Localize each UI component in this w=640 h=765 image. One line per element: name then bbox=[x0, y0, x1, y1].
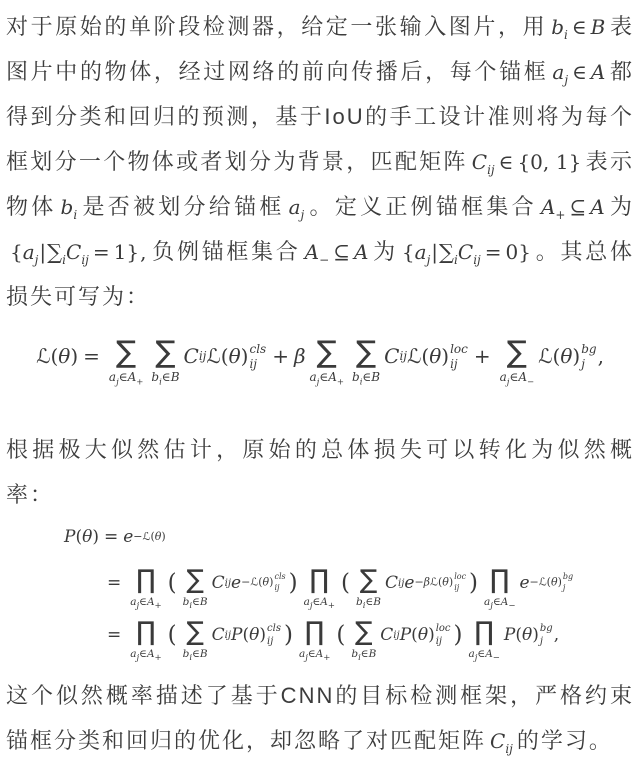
superscript-loc-subscript-ij: locij bbox=[454, 573, 466, 592]
math-token-theta: θ bbox=[522, 625, 532, 645]
math-token-ij: ij bbox=[505, 742, 513, 756]
math-token-eq: = bbox=[99, 527, 123, 547]
inline-math-positive-set: {aj|∑iCij=1}, bbox=[10, 240, 147, 264]
text-run: 锚框分类和回归的优化，却忽略了对匹配矩阵 bbox=[6, 728, 486, 753]
text-run: 这个似然概率描述了基于CNN的目标检测框架，严格约束了 bbox=[6, 683, 634, 718]
paragraph-conclusion: 这个似然概率描述了基于CNN的目标检测框架，严格约束了 锚框分类和回归的优化，却… bbox=[6, 673, 634, 763]
math-token-theta: θ bbox=[82, 527, 92, 547]
math-token-rp: ) bbox=[269, 575, 273, 588]
math-token-eq: = bbox=[78, 344, 105, 368]
math-token-elem: ∈ bbox=[319, 370, 328, 384]
math-token-a: a bbox=[500, 370, 507, 384]
sigma-glyph: ∑ bbox=[356, 339, 376, 368]
math-token-loc: loc bbox=[454, 573, 466, 581]
math-token-j: j bbox=[540, 637, 543, 647]
sigma-glyph: ∑ bbox=[507, 339, 527, 368]
math-token-B: B bbox=[371, 370, 380, 384]
formula-overall-loss: ℒ(θ) = ∑aj∈A+ ∑bi∈B Cijℒ(θ)clsij + β ∑aj… bbox=[6, 325, 634, 387]
sum-limit-bi-B: bi∈B bbox=[183, 649, 208, 663]
math-token-a: a bbox=[310, 370, 317, 384]
exponent-neg-loss: −ℒ(θ) bbox=[133, 530, 165, 543]
sigma-glyph: ∑ bbox=[355, 620, 373, 645]
product-limit-aj-Aplus: aj∈A+ bbox=[130, 597, 161, 611]
sum-limit-bi-B: bi∈B bbox=[183, 597, 208, 611]
sum-operator: ∑bi∈B bbox=[183, 620, 208, 662]
inline-math-Cij: Cij bbox=[490, 729, 513, 753]
math-token-C: C bbox=[458, 240, 473, 264]
left-paren: ( bbox=[166, 570, 179, 596]
math-token-A: A bbox=[328, 370, 337, 384]
right-paren: ) bbox=[287, 570, 300, 596]
sum-operator: ∑aj∈A+ bbox=[310, 339, 344, 387]
text-line: 锚框分类和回归的优化，却忽略了对匹配矩阵Cij的学习。 bbox=[6, 718, 634, 763]
document-page: 对于原始的单阶段检测器，给定一张输入图片，用bi∈B表示 图片中的物体，经过网络… bbox=[0, 0, 640, 763]
math-token-a: a bbox=[109, 370, 116, 384]
text-run: 负例锚框集合 bbox=[151, 239, 300, 264]
math-token-eq: = bbox=[481, 240, 506, 264]
math-token-ij: ij bbox=[199, 349, 207, 363]
formula-likelihood: P(θ) = e−ℒ(θ) = ∏aj∈A+ ( ∑bi∈B Cije−ℒ(θ)… bbox=[64, 519, 634, 659]
math-token-P: P bbox=[64, 527, 75, 547]
text-line: 根据极大似然估计，原始的总体损失可以转化为似然概 bbox=[6, 427, 634, 472]
text-run: 率： bbox=[6, 482, 54, 507]
right-paren: ) bbox=[467, 570, 480, 596]
sum-operator: ∑bi∈B bbox=[183, 568, 208, 610]
math-token-rp: ) bbox=[92, 527, 99, 547]
paragraph-likelihood-intro: 根据极大似然估计，原始的总体损失可以转化为似然概 率： bbox=[6, 427, 634, 517]
left-paren: ( bbox=[334, 622, 347, 648]
math-token-B: B bbox=[200, 648, 208, 660]
sum-limit-bi-B: bi∈B bbox=[356, 597, 381, 611]
product-limit-aj-Aplus: aj∈A+ bbox=[304, 597, 335, 611]
text-run: 。定义正例锚框集合 bbox=[308, 194, 537, 219]
math-token-lb: { bbox=[10, 240, 23, 264]
exponent-neg-beta-loc-loss: −βℒ(θ)locij bbox=[414, 573, 467, 592]
math-token-L: ℒ bbox=[539, 575, 547, 588]
math-token-theta: θ bbox=[442, 575, 449, 588]
math-token-C: C bbox=[184, 344, 199, 368]
superscript-cls-subscript-ij: clsij bbox=[274, 573, 285, 592]
math-token-ij: ij bbox=[473, 253, 481, 267]
math-token-plus: + bbox=[555, 208, 565, 222]
math-token-eq: = bbox=[89, 240, 114, 264]
math-token-bg: bg bbox=[581, 343, 596, 355]
product-limit-aj-Aplus: aj∈A+ bbox=[130, 649, 161, 663]
math-token-ij: ij bbox=[399, 349, 407, 363]
math-token-A: A bbox=[485, 648, 493, 660]
inline-math-negative-set: {aj|∑iCij=0} bbox=[402, 240, 531, 264]
math-token-A: A bbox=[147, 648, 155, 660]
superscript-bg-subscript-j: bgj bbox=[540, 624, 553, 647]
math-token-plus: + bbox=[469, 344, 496, 368]
math-token-L: ℒ bbox=[430, 575, 438, 588]
math-token-ij: ij bbox=[450, 358, 458, 370]
math-token-elem: ∈ bbox=[568, 60, 591, 84]
math-token-plus: + bbox=[155, 653, 162, 663]
math-token-b: b bbox=[61, 195, 74, 219]
sigma-glyph: ∑ bbox=[155, 339, 175, 368]
math-token-e: e bbox=[123, 527, 133, 547]
math-token-rb: } bbox=[569, 150, 582, 174]
math-token-C: C bbox=[66, 240, 81, 264]
sum-operator: ∑bi∈B bbox=[352, 339, 380, 387]
left-paren: ( bbox=[166, 622, 179, 648]
math-token-b: b bbox=[551, 15, 564, 39]
math-token-j: j bbox=[301, 208, 305, 222]
math-token-elem: ∈ bbox=[361, 648, 369, 660]
math-token-ij: ij bbox=[267, 637, 273, 647]
product-operator: ∏aj∈A− bbox=[469, 620, 500, 662]
math-token-minus: − bbox=[527, 378, 534, 388]
math-token-elem: ∈ bbox=[192, 648, 200, 660]
product-limit-aj-Aplus: aj∈A+ bbox=[299, 649, 330, 663]
math-token-elem: ∈ bbox=[119, 370, 128, 384]
math-token-loc: loc bbox=[450, 343, 468, 355]
math-token-eq: = bbox=[102, 573, 126, 593]
math-token-A: A bbox=[590, 195, 604, 219]
math-token-rp: ) bbox=[70, 344, 78, 368]
math-token-theta: θ bbox=[429, 344, 441, 368]
text-run: 为 bbox=[609, 194, 634, 219]
superscript-cls-subscript-ij: clsij bbox=[267, 624, 281, 647]
sum-limit-aj-Aplus: aj∈A+ bbox=[109, 371, 143, 387]
text-line: 框划分一个物体或者划分为背景，匹配矩阵Cij∈{0, 1}表示 bbox=[6, 139, 634, 184]
sum-limit-aj-Aminus: aj∈A− bbox=[500, 371, 534, 387]
math-token-C: C bbox=[212, 625, 225, 645]
math-token-lb: { bbox=[402, 240, 415, 264]
math-token-lp: ( bbox=[421, 344, 429, 368]
inline-math-Aminus-subset-A: A−⊆A bbox=[305, 240, 369, 264]
text-line: 损失可写为： bbox=[6, 274, 634, 319]
math-token-plus: + bbox=[337, 378, 344, 388]
math-token-minus: − bbox=[241, 575, 250, 588]
math-token-rp: ) bbox=[161, 530, 165, 543]
math-token-elem: ∈ bbox=[362, 370, 371, 384]
math-token-e: e bbox=[231, 573, 241, 593]
sigma-glyph: ∑ bbox=[186, 568, 204, 593]
sum-operator: ∑bi∈B bbox=[351, 620, 376, 662]
sum-limit-aj-Aplus: aj∈A+ bbox=[310, 371, 344, 387]
math-token-rp: ) bbox=[428, 625, 435, 645]
math-token-subset: ⊆ bbox=[329, 240, 354, 264]
math-token-eq: = bbox=[102, 625, 126, 645]
math-token-ij: ij bbox=[487, 163, 495, 177]
math-token-cls: cls bbox=[267, 624, 281, 634]
text-line: 物体bi是否被划分给锚框aj。定义正例锚框集合A+⊆A为 bbox=[6, 184, 634, 229]
math-token-rp: ) bbox=[241, 344, 249, 368]
pi-glyph: ∏ bbox=[136, 620, 156, 645]
math-token-bg: bg bbox=[540, 624, 553, 634]
math-token-C: C bbox=[380, 625, 393, 645]
math-token-L: ℒ bbox=[538, 344, 552, 368]
math-token-A: A bbox=[305, 240, 319, 264]
math-token-C: C bbox=[212, 573, 225, 593]
math-token-a: a bbox=[415, 240, 427, 264]
formula-line-1: P(θ) = e−ℒ(θ) bbox=[64, 519, 634, 555]
sum-operator: ∑aj∈A+ bbox=[109, 339, 143, 387]
math-token-A: A bbox=[354, 240, 368, 264]
math-token-elem: ∈ bbox=[568, 15, 591, 39]
pi-glyph: ∏ bbox=[305, 620, 325, 645]
sum-operator: ∑aj∈A− bbox=[500, 339, 534, 387]
math-token-rp: ) bbox=[572, 344, 580, 368]
math-token-minus: − bbox=[508, 601, 515, 611]
paragraph-detector-setup: 对于原始的单阶段检测器，给定一张输入图片，用bi∈B表示 图片中的物体，经过网络… bbox=[6, 4, 634, 319]
product-operator: ∏aj∈A+ bbox=[304, 568, 335, 610]
pi-glyph: ∏ bbox=[490, 568, 510, 593]
left-paren: ( bbox=[339, 570, 352, 596]
math-token-B: B bbox=[373, 596, 381, 608]
math-token-elem: ∈ bbox=[509, 370, 518, 384]
math-token-theta: θ bbox=[229, 344, 241, 368]
math-token-pipe: | bbox=[38, 240, 47, 264]
math-token-rp: ) bbox=[532, 625, 539, 645]
math-token-rp: ) bbox=[441, 344, 449, 368]
math-token-ij: ij bbox=[454, 584, 459, 592]
text-run: 图片中的物体，经过网络的前向传播后，每个锚框 bbox=[6, 59, 548, 84]
math-token-e: e bbox=[404, 573, 414, 593]
product-limit-aj-Aminus: aj∈A− bbox=[484, 597, 515, 611]
math-token-L: ℒ bbox=[206, 344, 220, 368]
math-token-subset: ⊆ bbox=[565, 195, 590, 219]
math-token-rp: ) bbox=[449, 575, 453, 588]
product-operator: ∏aj∈A+ bbox=[130, 568, 161, 610]
text-line: 对于原始的单阶段检测器，给定一张输入图片，用bi∈B表示 bbox=[6, 4, 634, 49]
math-token-P: P bbox=[231, 625, 242, 645]
text-run: 框划分一个物体或者划分为背景，匹配矩阵 bbox=[6, 149, 468, 174]
sum-limit-bi-B: bi∈B bbox=[151, 371, 179, 387]
math-token-sum: ∑ bbox=[439, 240, 454, 264]
math-token-loc: loc bbox=[436, 624, 451, 634]
math-token-elem: ∈ bbox=[139, 596, 147, 608]
inline-math-Aplus-subset-A: A+⊆A bbox=[541, 195, 605, 219]
math-token-theta: θ bbox=[551, 575, 558, 588]
text-line: 得到分类和回归的预测，基于IoU的手工设计准则将为每个锚 bbox=[6, 94, 634, 139]
text-line: {aj|∑iCij=1},负例锚框集合A−⊆A为{aj|∑iCij=0}。其总体 bbox=[6, 229, 634, 274]
math-token-P: P bbox=[400, 625, 411, 645]
math-token-i: i bbox=[73, 208, 77, 222]
math-token-C: C bbox=[385, 573, 398, 593]
math-token-C: C bbox=[472, 150, 487, 174]
math-token-theta: θ bbox=[58, 344, 70, 368]
math-token-ij: ij bbox=[81, 253, 89, 267]
text-run: 表示 bbox=[585, 149, 634, 174]
exponent-neg-bg-loss: −ℒ(θ)bgj bbox=[530, 573, 575, 592]
sigma-glyph: ∑ bbox=[317, 339, 337, 368]
math-token-elem: ∈ bbox=[139, 648, 147, 660]
sum-limit-bi-B: bi∈B bbox=[351, 649, 376, 663]
math-token-lp: ( bbox=[50, 344, 58, 368]
math-token-B: B bbox=[369, 648, 377, 660]
math-token-a: a bbox=[552, 60, 564, 84]
math-token-j: j bbox=[581, 358, 585, 370]
math-token-cls: cls bbox=[249, 343, 266, 355]
math-token-rb: } bbox=[518, 240, 531, 264]
math-token-b: b bbox=[151, 370, 159, 384]
math-token-elem: ∈ bbox=[495, 150, 518, 174]
math-token-a: a bbox=[23, 240, 35, 264]
pi-glyph: ∏ bbox=[136, 568, 156, 593]
math-token-A: A bbox=[147, 596, 155, 608]
sum-operator: ∑bi∈B bbox=[356, 568, 381, 610]
math-token-sum: ∑ bbox=[47, 240, 62, 264]
text-run: 的学习。 bbox=[517, 728, 613, 753]
math-token-lp: ( bbox=[515, 625, 522, 645]
math-token-bg: bg bbox=[563, 573, 573, 581]
math-token-rb: } bbox=[126, 240, 139, 264]
math-token-cls: cls bbox=[274, 573, 285, 581]
exponent-neg-cls-loss: −ℒ(θ)clsij bbox=[241, 573, 287, 592]
math-token-lp: ( bbox=[242, 625, 249, 645]
math-token-C: C bbox=[384, 344, 399, 368]
math-token-plus: + bbox=[267, 344, 294, 368]
math-token-A: A bbox=[591, 60, 605, 84]
sum-operator: ∑bi∈B bbox=[151, 339, 179, 387]
text-run: 物体 bbox=[6, 194, 57, 219]
superscript-loc-subscript-ij: locij bbox=[436, 624, 451, 647]
math-token-A: A bbox=[518, 370, 527, 384]
math-token-lp: ( bbox=[221, 344, 229, 368]
text-run: 得到分类和回归的预测，基于IoU的手工设计准则将为每个锚 bbox=[6, 104, 634, 139]
math-token-b: b bbox=[352, 370, 360, 384]
math-token-plus: + bbox=[328, 601, 335, 611]
math-token-ij: ij bbox=[436, 637, 442, 647]
product-operator: ∏aj∈A+ bbox=[130, 620, 161, 662]
math-token-B: B bbox=[591, 15, 606, 39]
math-token-P: P bbox=[504, 625, 515, 645]
formula-line-2: = ∏aj∈A+ ( ∑bi∈B Cije−ℒ(θ)clsij ) ∏aj∈A+… bbox=[102, 555, 634, 611]
math-token-theta: θ bbox=[249, 625, 259, 645]
math-token-minus: − bbox=[319, 253, 329, 267]
math-token-L: ℒ bbox=[36, 344, 50, 368]
formula-line-3: = ∏aj∈A+ ( ∑bi∈B CijP(θ)clsij ) ∏aj∈A+ (… bbox=[102, 611, 634, 659]
text-line: 率： bbox=[6, 472, 634, 517]
math-token-one: 1 bbox=[114, 240, 127, 264]
right-paren: ) bbox=[282, 622, 295, 648]
math-token-minus: − bbox=[414, 575, 423, 588]
inline-math-aj: aj bbox=[289, 195, 305, 219]
superscript-loc-subscript-ij: locij bbox=[450, 343, 468, 370]
math-token-beta: β bbox=[294, 344, 306, 368]
product-operator: ∏aj∈A+ bbox=[299, 620, 330, 662]
math-token-lp: ( bbox=[553, 344, 561, 368]
math-token-L: ℒ bbox=[407, 344, 421, 368]
inline-math-Cij-in-01: Cij∈{0, 1} bbox=[472, 150, 582, 174]
math-token-plus: + bbox=[155, 601, 162, 611]
math-token-lp: ( bbox=[411, 625, 418, 645]
text-run: 。其总体 bbox=[535, 239, 634, 264]
math-token-rp: ) bbox=[558, 575, 562, 588]
math-token-elem: ∈ bbox=[192, 596, 200, 608]
text-run: 根据极大似然估计，原始的总体损失可以转化为似然概 bbox=[6, 437, 634, 462]
product-operator: ∏aj∈A− bbox=[484, 568, 515, 610]
math-token-b: b bbox=[356, 596, 363, 608]
math-token-e: e bbox=[519, 573, 529, 593]
superscript-bg-subscript-j: bgj bbox=[563, 573, 573, 592]
math-token-C: C bbox=[490, 729, 505, 753]
math-token-comma: , bbox=[139, 240, 147, 264]
math-token-pipe: | bbox=[430, 240, 439, 264]
math-token-a: a bbox=[289, 195, 301, 219]
math-token-j: j bbox=[563, 584, 565, 592]
sigma-glyph: ∑ bbox=[186, 620, 204, 645]
inline-math-bi: bi bbox=[61, 195, 78, 219]
math-token-lp: ( bbox=[75, 527, 82, 547]
math-token-B: B bbox=[171, 370, 180, 384]
superscript-cls-subscript-ij: clsij bbox=[249, 343, 266, 370]
text-run: 是否被划分给锚框 bbox=[81, 194, 284, 219]
math-token-elem: ∈ bbox=[162, 370, 171, 384]
math-token-plus: + bbox=[323, 653, 330, 663]
right-paren: ) bbox=[452, 622, 465, 648]
math-token-elem: ∈ bbox=[493, 596, 501, 608]
math-token-zero: 0 bbox=[506, 240, 519, 264]
math-token-rp: ) bbox=[259, 625, 266, 645]
pi-glyph: ∏ bbox=[309, 568, 329, 593]
math-token-minus: − bbox=[133, 530, 142, 543]
text-line: 图片中的物体，经过网络的前向传播后，每个锚框aj∈A都将 bbox=[6, 49, 634, 94]
math-token-A: A bbox=[128, 370, 137, 384]
math-token-comma: , bbox=[554, 625, 559, 645]
inline-math-bi-in-B: bi∈B bbox=[551, 15, 605, 39]
math-token-lb: { bbox=[517, 150, 530, 174]
math-token-elem: ∈ bbox=[308, 648, 316, 660]
math-token-B: B bbox=[200, 596, 208, 608]
inline-math-aj-in-A: aj∈A bbox=[552, 60, 605, 84]
math-token-ij: ij bbox=[274, 584, 279, 592]
text-run: 为 bbox=[372, 239, 397, 264]
text-run: 损失可写为： bbox=[6, 284, 150, 309]
math-token-A: A bbox=[320, 596, 328, 608]
math-token-A: A bbox=[541, 195, 555, 219]
superscript-bg-subscript-j: bgj bbox=[581, 343, 596, 370]
math-token-theta: θ bbox=[418, 625, 428, 645]
math-token-minus: − bbox=[530, 575, 539, 588]
math-token-ij: ij bbox=[249, 358, 257, 370]
math-token-minus: − bbox=[493, 653, 500, 663]
math-token-theta: θ bbox=[560, 344, 572, 368]
product-limit-aj-Aminus: aj∈A− bbox=[469, 649, 500, 663]
sigma-glyph: ∑ bbox=[360, 568, 378, 593]
math-token-plus: + bbox=[136, 378, 143, 388]
text-line: 这个似然概率描述了基于CNN的目标检测框架，严格约束了 bbox=[6, 673, 634, 718]
sum-limit-bi-B: bi∈B bbox=[352, 371, 380, 387]
sigma-glyph: ∑ bbox=[116, 339, 136, 368]
text-run: 对于原始的单阶段检测器，给定一张输入图片，用 bbox=[6, 14, 547, 39]
math-token-zeroone: 0, 1 bbox=[530, 150, 568, 174]
pi-glyph: ∏ bbox=[474, 620, 494, 645]
math-token-comma: , bbox=[598, 344, 604, 368]
